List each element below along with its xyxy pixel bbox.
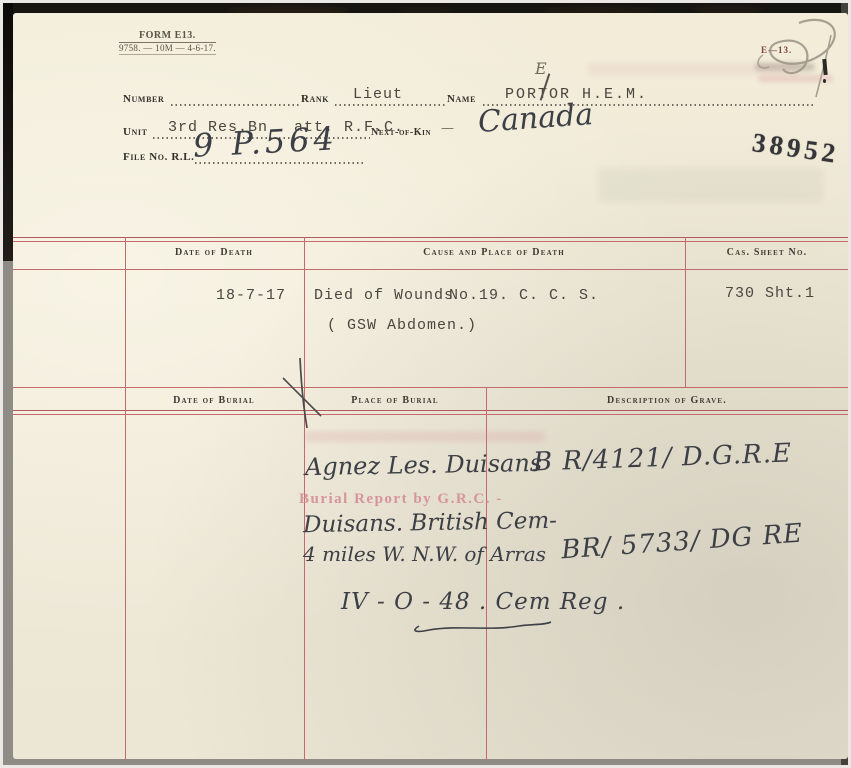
cemetery-register-ref: IV - O - 48 . Cem Reg . (341, 589, 625, 615)
column-rule (125, 237, 126, 760)
death-table-header-date: Date of Death (175, 247, 253, 258)
form-number: FORM E13. (119, 30, 216, 43)
name-correction-letter: E (535, 59, 547, 78)
column-rule (486, 387, 487, 760)
table-rule (13, 387, 848, 388)
place-of-death-value: No.19. C. C. S. (449, 287, 599, 304)
grave-reference-2: BR/ 5733/ DG RE (560, 519, 804, 566)
number-label: Number (123, 93, 164, 105)
dotted-leader (335, 104, 447, 106)
name-label: Name (447, 93, 476, 105)
table-rule (13, 414, 848, 415)
file-number-label: File No. R.L. (123, 151, 195, 163)
death-table-header-cas-sheet: Cas. Sheet No. (727, 247, 808, 258)
next-of-kin-value: Canada (477, 97, 594, 140)
cause-of-death-value: Died of Wounds (314, 287, 454, 304)
registry-number-stamp: 38952 (750, 127, 841, 170)
next-of-kin-dash: — (441, 121, 454, 136)
table-rule (13, 410, 848, 411)
grc-burial-report-stamp: Burial Report by G.R.C. - (299, 491, 503, 508)
form-imprint: FORM E13. 9758. — 10M — 4-6-17. (119, 30, 216, 55)
handwritten-x-mark (279, 356, 325, 430)
burial-table-header-date: Date of Burial (173, 395, 255, 406)
burial-table-header-place: Place of Burial (351, 395, 439, 406)
handwritten-underline-flourish (409, 617, 555, 635)
cas-sheet-no-value: 730 Sht.1 (725, 285, 815, 302)
cause-of-death-detail: ( GSW Abdomen.) (327, 317, 477, 334)
unit-label: Unit (123, 126, 148, 138)
burial-table-header-grave: Description of Grave. (607, 395, 727, 406)
place-of-burial-line1: Agnez Les. Duisans (305, 449, 543, 481)
faded-stamp-remnant (305, 431, 545, 442)
form-print-code: 9758. — 10M — 4-6-17. (119, 43, 216, 55)
scan-edge-left (3, 3, 13, 261)
place-of-burial-line2: Duisans. British Cem- (303, 508, 557, 538)
scanned-record-card: FORM E13. 9758. — 10M — 4-6-17. E—13. Nu… (0, 0, 851, 768)
faded-ink-marks (758, 75, 833, 82)
table-rule (13, 241, 848, 242)
ink-dot (823, 79, 826, 83)
rank-value: Lieut (353, 86, 403, 103)
rank-label: Rank (301, 93, 329, 105)
column-rule (685, 237, 686, 387)
date-of-death-value: 18-7-17 (216, 287, 286, 304)
table-rule (13, 269, 848, 270)
grave-reference-1: B R/4121/ D.G.R.E (533, 438, 793, 477)
bleed-through (598, 168, 823, 202)
table-rule (13, 237, 848, 238)
next-of-kin-label: Next-of-Kin (371, 127, 431, 138)
dotted-leader (171, 104, 299, 106)
place-of-burial-line3: 4 miles W. N.W. of Arras (303, 542, 546, 566)
record-card: FORM E13. 9758. — 10M — 4-6-17. E—13. Nu… (13, 13, 848, 759)
file-number-value: 9 P.564 (192, 119, 339, 165)
death-table-header-cause: Cause and Place of Death (423, 247, 565, 258)
bleed-through (588, 63, 798, 75)
